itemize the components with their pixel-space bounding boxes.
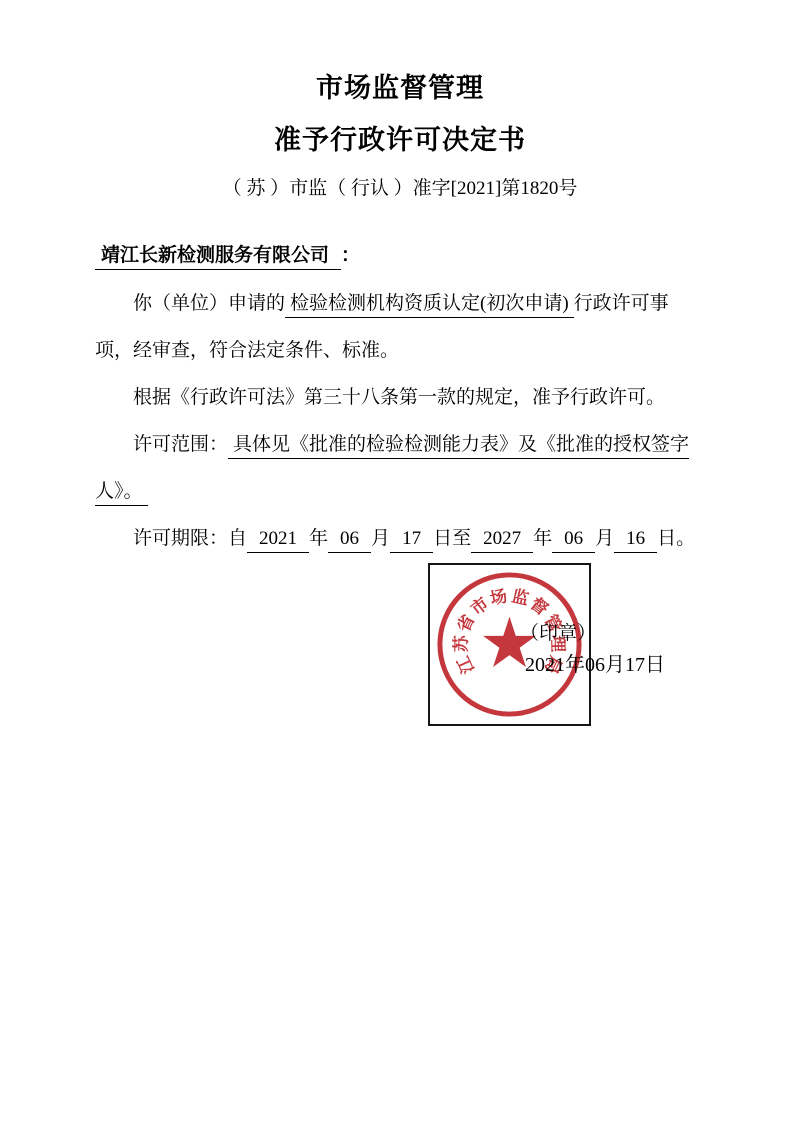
period-month-unit-1: 月 — [371, 528, 390, 549]
period-from-month: 06 — [328, 528, 371, 553]
period-to-month: 06 — [552, 528, 595, 553]
svg-text:监: 监 — [510, 585, 531, 608]
issue-date: 2021年06月17日 — [525, 648, 665, 677]
svg-text:市: 市 — [467, 593, 493, 619]
svg-text:场: 场 — [488, 586, 509, 608]
seal-area: 江 苏 省 市 场 监 督 管 理 局 （印章） 2021年06月17日 — [95, 562, 705, 882]
recipient-company-name: 靖江长新检测服务有限公司 — [95, 245, 341, 270]
recipient-line: 靖江长新检测服务有限公司： — [95, 242, 705, 270]
document-title-line1: 市场监督管理 — [95, 72, 705, 104]
paragraph-application: 你（单位）申请的检验检测机构资质认定(初次申请)行政许可事项，经审查，符合法定条… — [95, 280, 705, 374]
period-day-to: 日至 — [433, 528, 471, 549]
document-title-line2: 准予行政许可决定书 — [95, 124, 705, 156]
svg-text:江: 江 — [454, 653, 478, 676]
period-from-day: 17 — [390, 528, 433, 553]
period-from-prefix: 自 — [228, 528, 247, 549]
period-end: 日。 — [657, 528, 695, 549]
period-to-year: 2027 — [471, 528, 533, 553]
paragraph-period: 许可期限：自2021年06月17日至2027年06月16日。 — [95, 515, 705, 562]
application-item-underlined: 检验检测机构资质认定(初次申请) — [285, 293, 574, 318]
scope-label: 许可范围： — [133, 434, 228, 455]
paragraph-scope: 许可范围：具体见《批准的检验检测能力表》及《批准的授权签字人》。 — [95, 421, 705, 515]
seal-caption: （印章） — [520, 618, 596, 645]
paragraph-legal-basis: 根据《行政许可法》第三十八条第一款的规定，准予行政许可。 — [95, 374, 705, 421]
recipient-colon: ： — [341, 245, 360, 266]
period-year-unit-1: 年 — [309, 528, 328, 549]
svg-text:苏: 苏 — [451, 634, 471, 652]
period-label: 许可期限： — [133, 528, 228, 549]
application-prefix: 你（单位）申请的 — [133, 293, 285, 314]
period-from-year: 2021 — [247, 528, 309, 553]
period-month-unit-2: 月 — [595, 528, 614, 549]
license-decision-document: 市场监督管理 准予行政许可决定书 （ 苏 ）市监（ 行认 ）准字[2021]第1… — [0, 0, 800, 1132]
period-year-unit-2: 年 — [533, 528, 552, 549]
document-number: （ 苏 ）市监（ 行认 ）准字[2021]第1820号 — [95, 176, 705, 202]
period-to-day: 16 — [614, 528, 657, 553]
